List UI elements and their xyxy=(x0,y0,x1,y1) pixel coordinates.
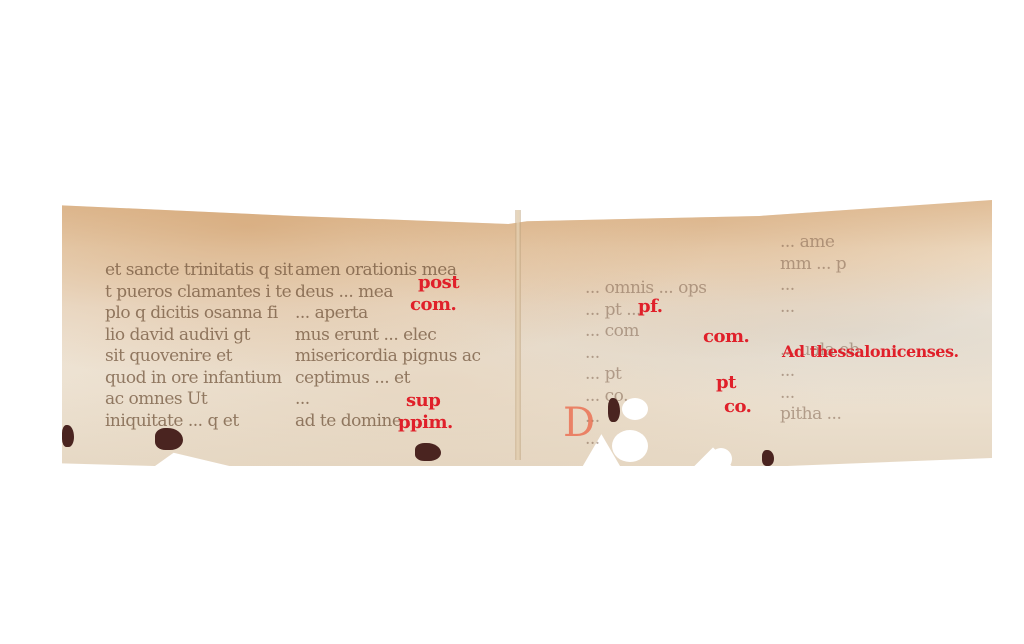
parchment-hole xyxy=(622,398,648,420)
rubric-com-2: com. xyxy=(703,326,749,347)
text-line: ... com xyxy=(585,321,706,343)
parchment-hole xyxy=(612,430,648,462)
rubric-co: co. xyxy=(724,396,751,417)
text-column-4: ... ame mm ... p ... ... ... uala ob ...… xyxy=(780,232,859,426)
decorated-initial: D xyxy=(563,400,595,446)
rubric-ppim: ppim. xyxy=(398,412,453,433)
text-line: ... xyxy=(780,383,859,405)
text-line: iniquitate ... q et xyxy=(105,411,293,433)
text-line: ceptimus ... et xyxy=(295,368,481,390)
text-line: pitha ... xyxy=(780,404,859,426)
ink-stain xyxy=(155,428,183,450)
ink-stain xyxy=(415,443,441,461)
text-line: ... xyxy=(295,389,481,411)
text-line: plo q dicitis osanna fi xyxy=(105,303,293,325)
text-line: ... xyxy=(585,343,706,365)
text-line: t pueros clamantes i te xyxy=(105,282,293,304)
text-line: et sancte trinitatis q sit xyxy=(105,260,293,282)
rubric-pf: pf. xyxy=(638,296,662,317)
text-line: mus erunt ... elec xyxy=(295,325,481,347)
text-line: ... ame xyxy=(780,232,859,254)
text-column-1: et sancte trinitatis q sit t pueros clam… xyxy=(105,260,293,432)
parchment-hole xyxy=(710,448,732,470)
ink-stain xyxy=(608,398,620,422)
rubric-sup: sup xyxy=(406,390,440,411)
rubric-post: post xyxy=(418,272,459,293)
text-line: mm ... p xyxy=(780,254,859,276)
text-line: misericordia pignus ac xyxy=(295,346,481,368)
text-line: sit quovenire et xyxy=(105,346,293,368)
ink-stain xyxy=(762,450,774,466)
text-line: ... pt xyxy=(585,364,706,386)
text-line: ... xyxy=(780,297,859,319)
text-line: ac omnes Ut xyxy=(105,389,293,411)
center-fold xyxy=(515,210,521,460)
text-line: lio david audivi gt xyxy=(105,325,293,347)
rubric-pt: pt xyxy=(716,372,736,393)
rubric-com: com. xyxy=(410,294,456,315)
text-line: ... xyxy=(780,361,859,383)
text-line: ... xyxy=(780,275,859,297)
ink-stain xyxy=(62,425,74,447)
rubric-ad-thessalonicenses: Ad thessalonicenses. xyxy=(782,342,959,361)
text-line: quod in ore infantium xyxy=(105,368,293,390)
